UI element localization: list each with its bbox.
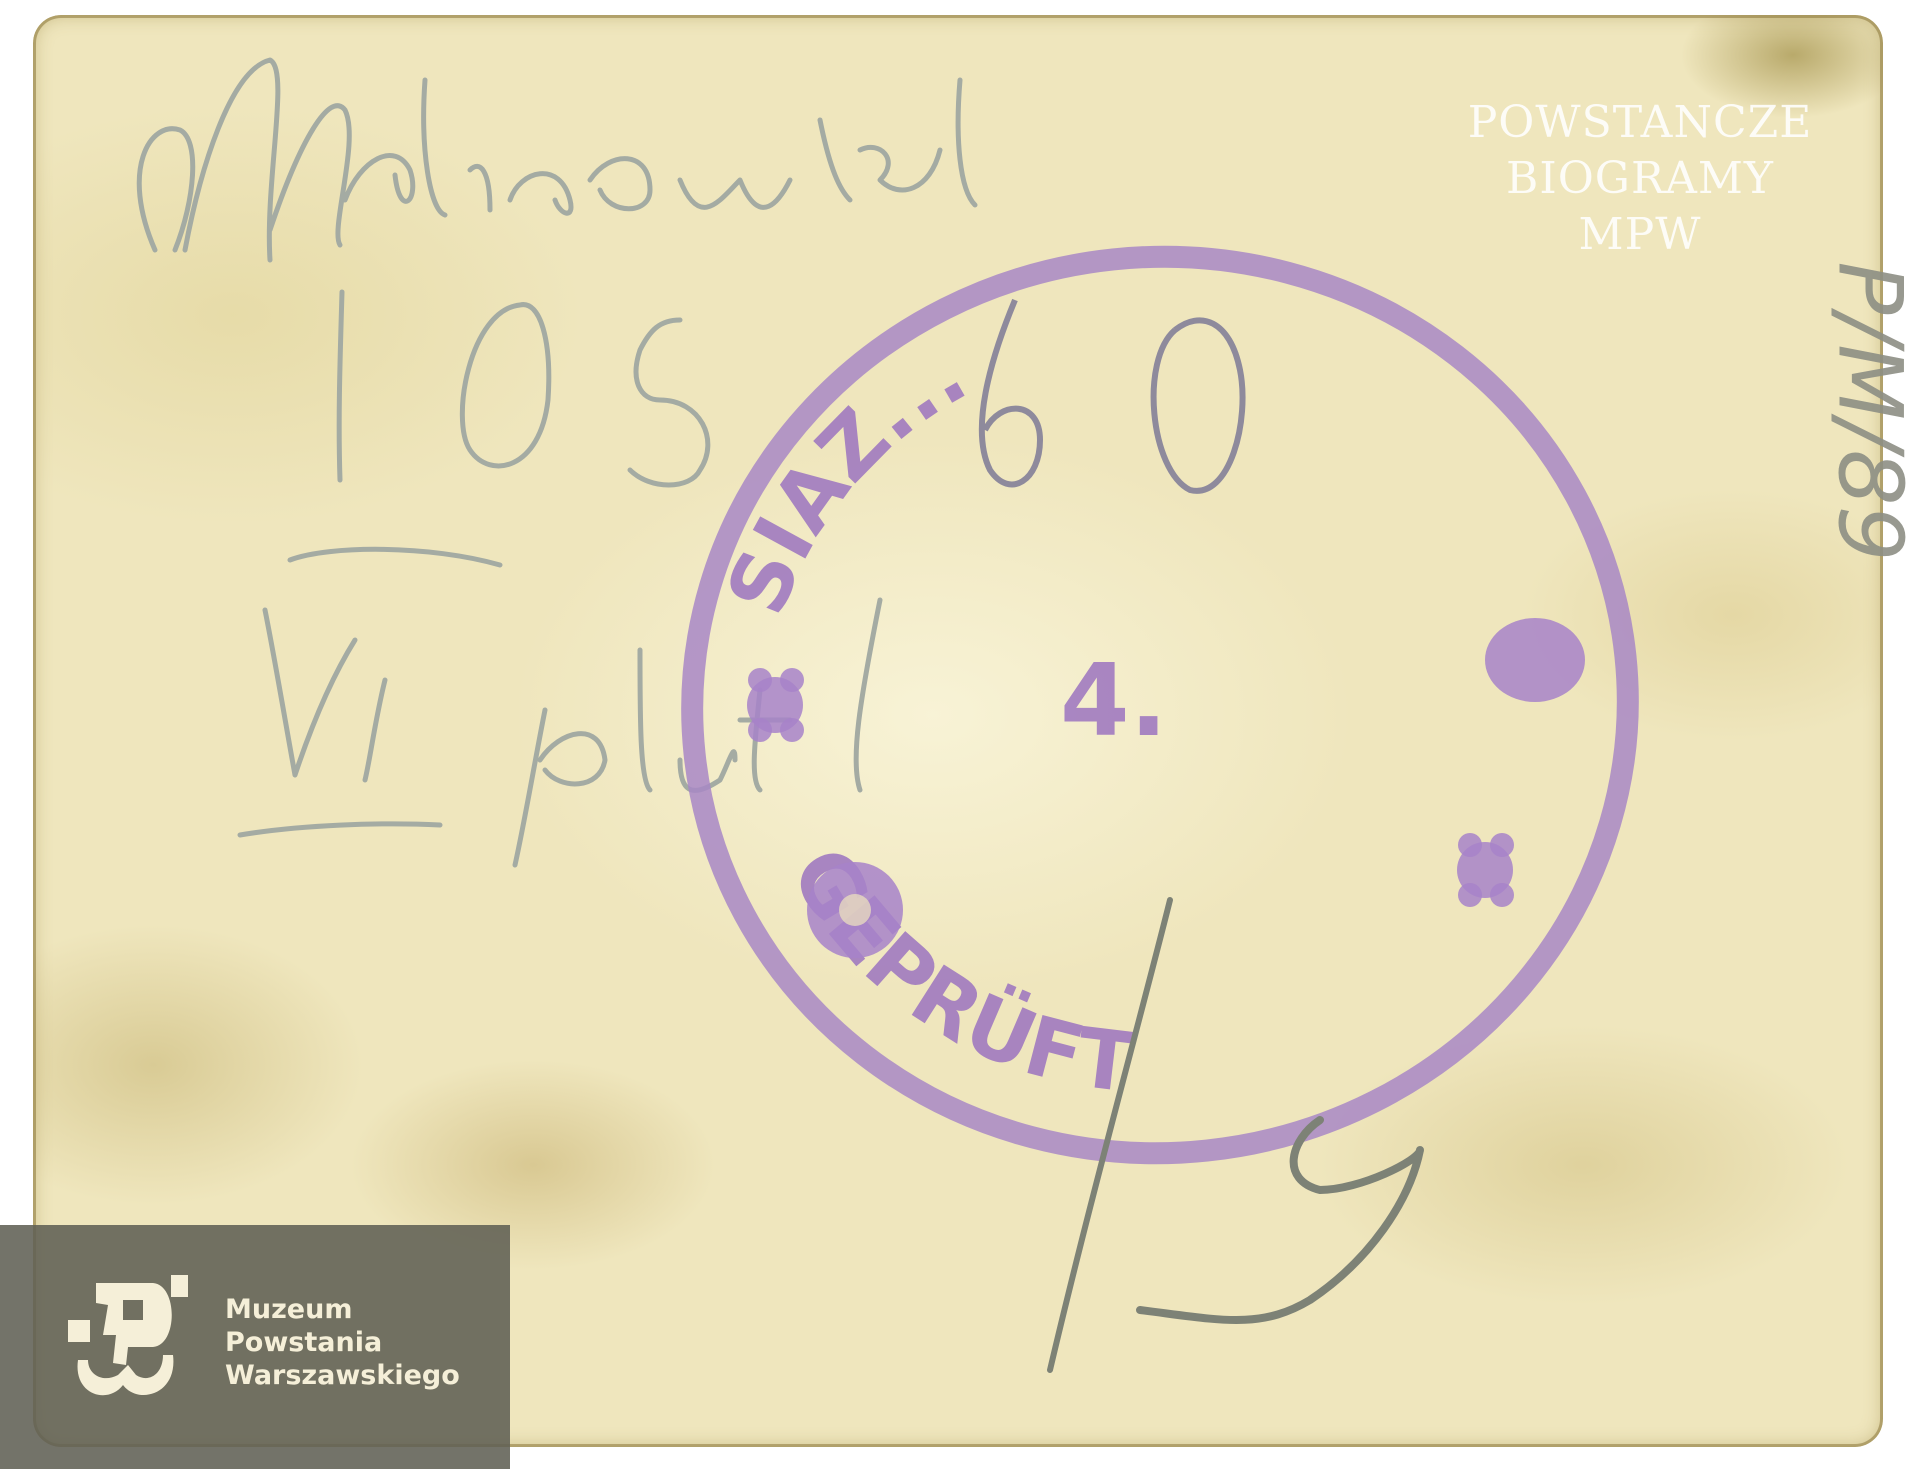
- museum-logo-overlay: Muzeum Powstania Warszawskiego: [0, 1225, 510, 1469]
- archive-code: P/M/89: [1819, 232, 1920, 592]
- watermark-line-2: BIOGRAMY MPW: [1440, 151, 1840, 263]
- museum-name: Muzeum Powstania Warszawskiego: [225, 1293, 460, 1392]
- watermark-line-1: POWSTANCZE: [1440, 95, 1840, 151]
- kotwica-anchor-icon: [68, 1275, 188, 1405]
- watermark-text: POWSTANCZE BIOGRAMY MPW: [1440, 95, 1840, 263]
